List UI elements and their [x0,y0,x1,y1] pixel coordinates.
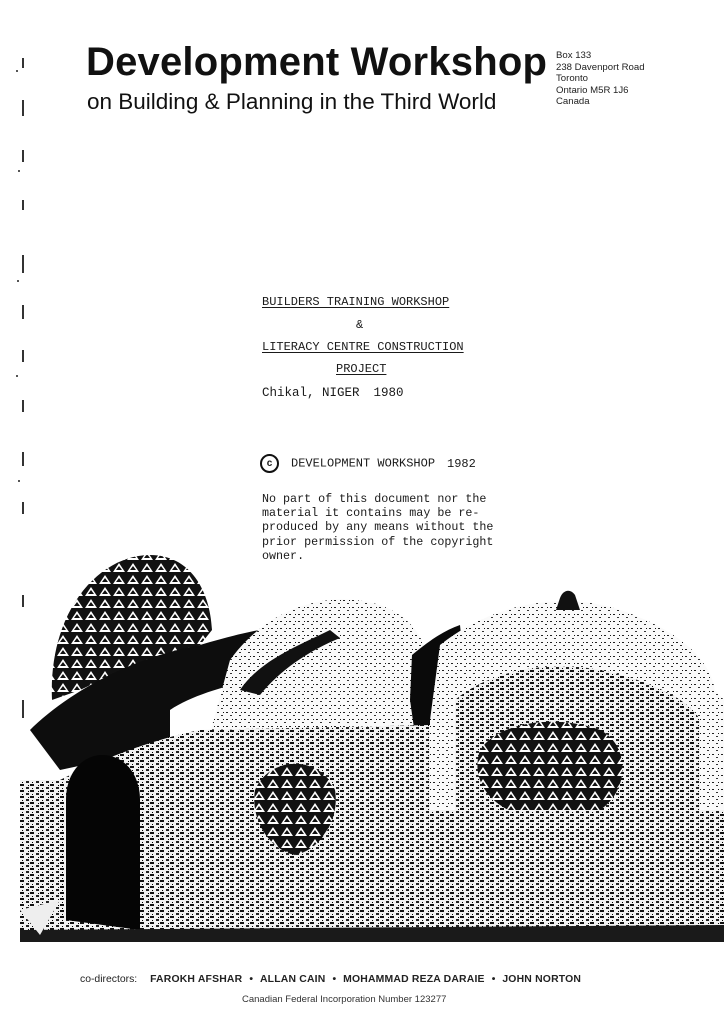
project-year: 1980 [374,386,404,400]
letterhead-title: Development Workshop [86,40,547,85]
building-photo [0,550,724,945]
project-title-line-3: PROJECT [336,362,386,376]
co-directors-label: co-directors: [80,974,137,985]
director-name: FAROKH AFSHAR [150,974,242,985]
letterhead-subtitle: on Building & Planning in the Third Worl… [87,89,496,115]
co-directors-line: co-directors: FAROKH AFSHAR•ALLAN CAIN•M… [80,974,581,985]
project-place-date: Chikal, NIGER1980 [262,386,404,400]
copyright-icon: c [260,454,279,473]
project-title-ampersand: & [356,318,363,332]
separator-dot: • [249,974,253,985]
address-line: 238 Davenport Road [556,62,645,74]
copyright-line: cDEVELOPMENT WORKSHOP1982 [260,454,476,473]
project-place: Chikal, NIGER [262,386,360,400]
lattice-window-right [477,722,622,815]
incorporation-number: Canadian Federal Incorporation Number 12… [242,994,446,1005]
notice-line: material it contains may be re- [262,506,493,520]
director-name: MOHAMMAD REZA DARAIE [343,974,485,985]
separator-dot: • [492,974,496,985]
project-title-line-2: LITERACY CENTRE CONSTRUCTION [262,340,464,354]
notice-line: No part of this document nor the [262,492,493,506]
mailing-address: Box 133 238 Davenport Road Toronto Ontar… [556,50,645,108]
address-line: Box 133 [556,50,645,62]
address-line: Ontario M5R 1J6 [556,85,645,97]
address-line: Canada [556,96,645,108]
director-name: ALLAN CAIN [260,974,326,985]
notice-line: produced by any means without the [262,520,493,534]
director-name: JOHN NORTON [502,974,581,985]
arched-doorway [66,755,140,930]
project-title-line-1: BUILDERS TRAINING WORKSHOP [262,295,449,309]
address-line: Toronto [556,73,645,85]
copyright-year: 1982 [447,457,476,471]
notice-line: prior permission of the copyright [262,535,493,549]
separator-dot: • [332,974,336,985]
copyright-holder: DEVELOPMENT WORKSHOP [291,457,435,471]
